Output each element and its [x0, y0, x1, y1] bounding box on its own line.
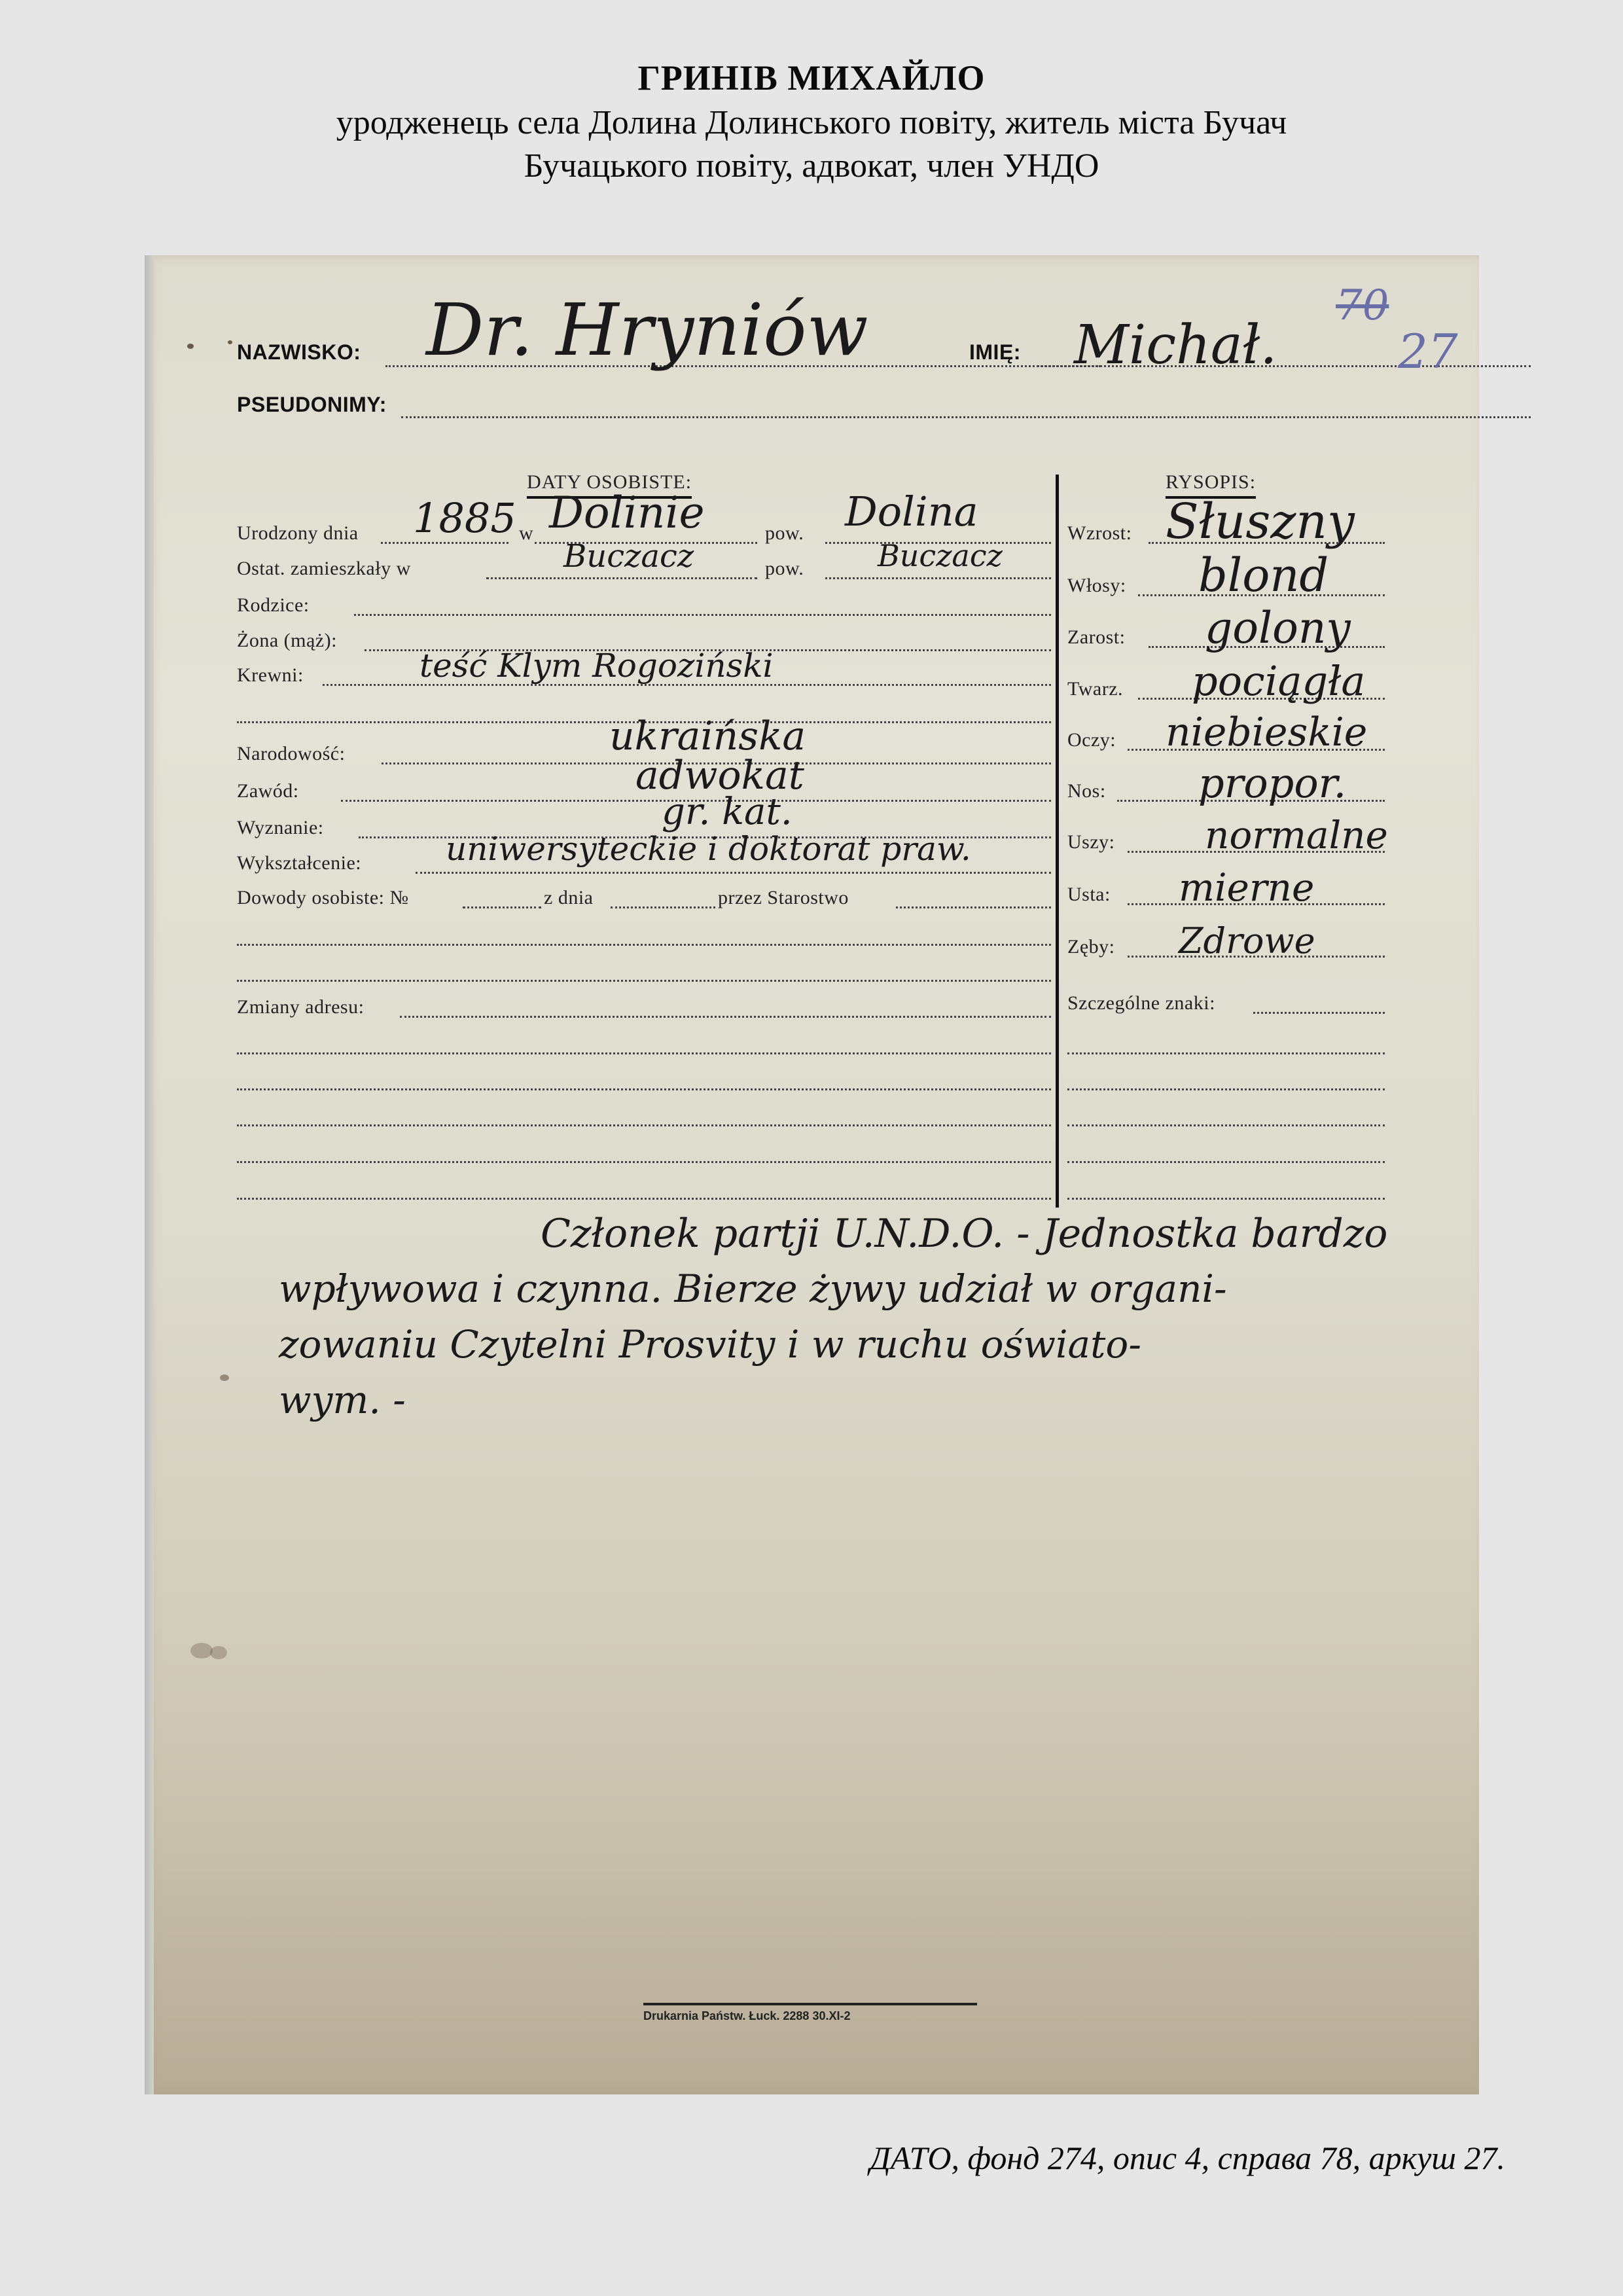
dotted-line: [237, 1161, 1051, 1163]
dotted-line: [1067, 1052, 1385, 1054]
residence-district-value: Buczacz: [878, 538, 1003, 573]
occupation-label: Zawód:: [237, 780, 299, 802]
page-title: ГРИНІВ МИХАЙЛО: [0, 58, 1623, 98]
description-value: golony: [1205, 603, 1351, 653]
stain-mark: [190, 1643, 213, 1659]
description-label: Szczególne znaki:: [1067, 992, 1215, 1014]
dotted-line: [237, 1088, 1051, 1090]
subtitle-line-1: уродженець села Долина Долинського повіт…: [0, 103, 1623, 142]
description-value: Słuszny: [1166, 493, 1355, 550]
notes-line-3: zowaniu Czytelni Prosvity i w ruchu oświ…: [279, 1322, 1141, 1367]
dotted-line: [401, 416, 1531, 418]
dotted-line: [1067, 1124, 1385, 1126]
stain-mark: [187, 344, 194, 349]
description-value: blond: [1198, 548, 1329, 602]
stain-mark: [210, 1646, 227, 1659]
description-value: normalne: [1205, 813, 1388, 857]
dotted-line: [237, 944, 1051, 946]
last-residence-label: Ostat. zamieszkały w: [237, 558, 411, 580]
dotted-line: [486, 577, 757, 579]
nationality-label: Narodowość:: [237, 743, 345, 765]
notes-line-4: wym. -: [279, 1378, 406, 1422]
description-value: Zdrowe: [1179, 920, 1315, 961]
address-changes-label: Zmiany adresu:: [237, 996, 364, 1018]
description-value: mierne: [1179, 865, 1314, 910]
dotted-line: [237, 1052, 1051, 1054]
birth-date-value: 1885: [413, 494, 516, 542]
education-label: Wykształcenie:: [237, 852, 361, 874]
relatives-value: teść Klym Rogoziński: [419, 647, 773, 685]
first-name-value: Michał.: [1074, 314, 1277, 376]
description-label: Twarz.: [1067, 678, 1123, 700]
dotted-line: [416, 872, 1051, 874]
residence-value: Buczacz: [563, 538, 694, 575]
district-label: pow.: [765, 522, 804, 545]
description-label: Wzrost:: [1067, 522, 1132, 545]
card-edge: [145, 255, 154, 2094]
parents-label: Rodzice:: [237, 594, 310, 617]
archive-citation: ДАТО, фонд 274, опис 4, справа 78, аркуш…: [870, 2139, 1505, 2177]
dotted-line: [896, 906, 1051, 908]
dotted-line: [237, 1124, 1051, 1126]
born-label: Urodzony dnia: [237, 522, 359, 545]
dotted-line: [611, 906, 715, 908]
first-name-label: IMIĘ:: [969, 340, 1021, 365]
district-label: pow.: [765, 558, 804, 580]
dotted-line: [1067, 1088, 1385, 1090]
description-label: Zarost:: [1067, 626, 1125, 649]
dotted-line: [825, 577, 1051, 579]
registration-card: NAZWISKO: Dr. Hryniów IMIĘ: Michał. 70 2…: [145, 255, 1479, 2094]
birth-district-value: Dolina: [845, 488, 978, 535]
dotted-line: [237, 980, 1051, 982]
pseudonyms-label: PSEUDONIMY:: [237, 393, 387, 417]
description-value: niebieskie: [1166, 709, 1367, 755]
issuing-office-label: przez Starostwo: [718, 887, 849, 909]
relatives-label: Krewni:: [237, 664, 304, 687]
description-label: Oczy:: [1067, 729, 1116, 751]
dotted-line: [1067, 1161, 1385, 1163]
surname-value: Dr. Hryniów: [426, 288, 868, 372]
crossed-archive-number: 70: [1336, 281, 1389, 330]
surname-label: NAZWISKO:: [237, 340, 361, 365]
stain-mark: [220, 1374, 229, 1381]
dotted-line: [1253, 1012, 1385, 1014]
description-value: pociągła: [1192, 657, 1365, 705]
in-label: w: [519, 522, 533, 545]
description-label: Nos:: [1067, 780, 1106, 802]
spouse-label: Żona (mąż):: [237, 630, 337, 652]
id-documents-label: Dowody osobiste: №: [237, 887, 409, 909]
description-label: Włosy:: [1067, 575, 1126, 597]
date-issued-label: z dnia: [544, 887, 593, 909]
imprint-rule: [643, 2003, 977, 2005]
notes-line-1: Członek partji U.N.D.O. - Jednostka bard…: [541, 1211, 1387, 1257]
printer-imprint: Drukarnia Państw. Łuck. 2288 30.XI-2: [643, 2009, 850, 2023]
dotted-line: [1067, 1198, 1385, 1200]
description-label: Uszy:: [1067, 831, 1115, 853]
religion-label: Wyznanie:: [237, 817, 324, 839]
dotted-line: [463, 906, 541, 908]
column-divider: [1056, 475, 1059, 1208]
dotted-line: [237, 1198, 1051, 1200]
description-label: Zęby:: [1067, 936, 1115, 958]
dotted-line: [400, 1016, 1051, 1018]
notes-line-2: wpływowa i czynna. Bierze żywy udział w …: [279, 1266, 1227, 1311]
archive-number: 27: [1398, 324, 1458, 379]
description-value: propor.: [1198, 759, 1346, 807]
stain-mark: [228, 340, 232, 344]
dotted-line: [381, 542, 508, 544]
subtitle-line-2: Бучацького повіту, адвокат, член УНДО: [0, 147, 1623, 185]
description-label: Usta:: [1067, 884, 1111, 906]
religion-value: gr. kat.: [662, 791, 793, 833]
education-value: uniwersyteckie i doktorat praw.: [446, 830, 971, 868]
dotted-line: [354, 614, 1051, 616]
birth-place-value: Dolinie: [549, 488, 705, 538]
